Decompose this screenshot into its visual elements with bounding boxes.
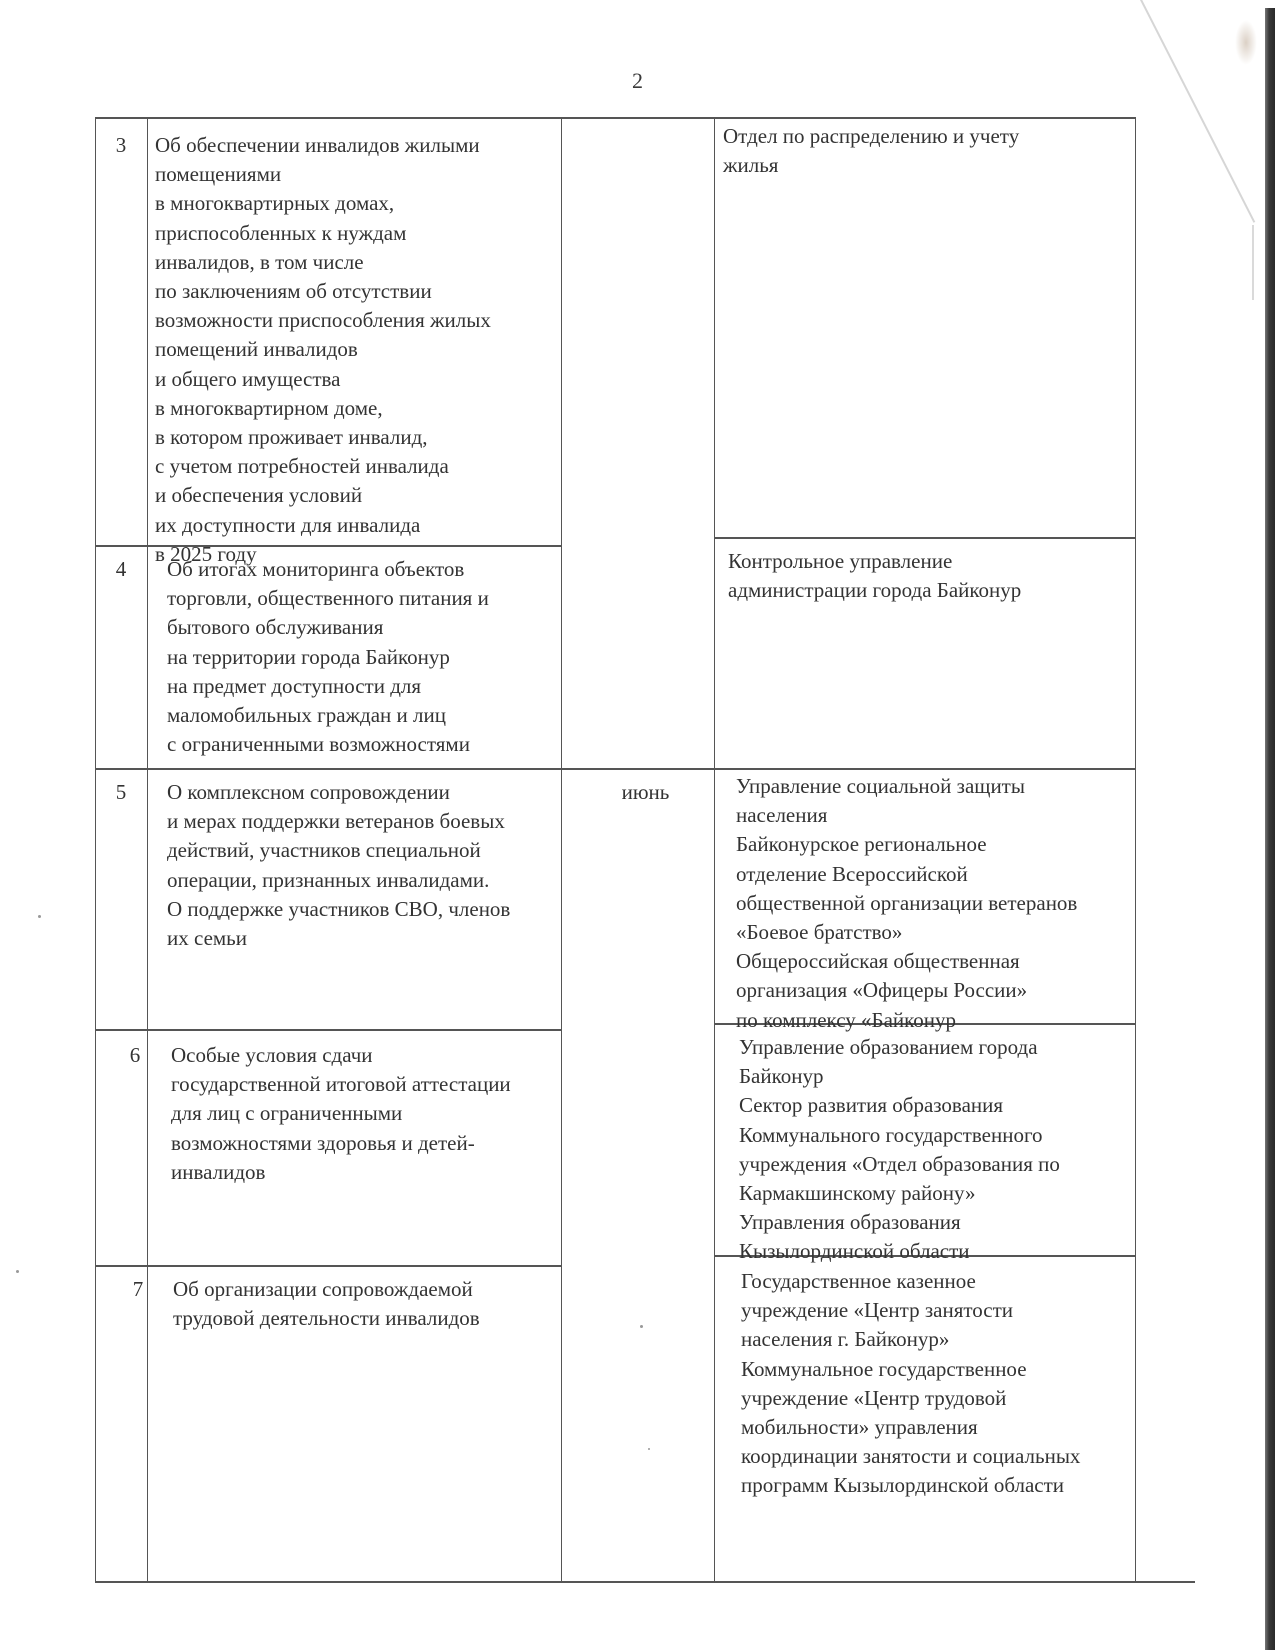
scan-speck xyxy=(38,915,41,918)
row-3-responsible: Отдел по распределению и учету жилья xyxy=(723,122,1133,180)
plan-table: 3 Об обеспечении инвалидов жилыми помеще… xyxy=(95,117,1195,1582)
row-7-number: 7 xyxy=(95,1275,181,1304)
row-6-number: 6 xyxy=(95,1041,175,1070)
row-divider-4-5 xyxy=(95,768,1136,770)
row-6-topic: Особые условия сдачи государственной ито… xyxy=(171,1041,563,1187)
column-divider-number xyxy=(147,117,148,1582)
table-border-left xyxy=(95,117,96,1582)
row-divider-5-6-left xyxy=(95,1029,561,1031)
paper-fold-crease-lower xyxy=(1252,225,1254,300)
row-4-responsible: Контрольное управление администрации гор… xyxy=(728,547,1133,605)
row-4-number: 4 xyxy=(95,555,147,584)
row-3-number: 3 xyxy=(95,131,147,160)
row-7-topic: Об организации сопровождаемой трудовой д… xyxy=(173,1275,565,1333)
deadline-rows-5-7: июнь xyxy=(569,778,722,807)
row-4-topic: Об итогах мониторинга объектов торговли,… xyxy=(167,555,557,759)
page-number: 2 xyxy=(0,68,1275,94)
row-divider-3-4-right xyxy=(714,537,1136,539)
column-divider-deadline xyxy=(714,117,715,1582)
row-5-responsible: Управление социальной защиты населения Б… xyxy=(736,772,1136,1035)
row-5-number: 5 xyxy=(95,778,147,807)
scanner-edge xyxy=(1265,8,1275,1650)
scan-stain xyxy=(1235,20,1257,65)
row-5-topic: О комплексном сопровождении и мерах подд… xyxy=(167,778,559,953)
scan-speck xyxy=(16,1270,19,1273)
row-7-responsible: Государственное казенное учреждение «Цен… xyxy=(741,1267,1141,1501)
row-divider-6-7-left xyxy=(95,1265,561,1267)
row-6-responsible: Управление образованием города Байконур … xyxy=(739,1033,1139,1267)
row-3-topic: Об обеспечении инвалидов жилыми помещени… xyxy=(155,131,555,569)
table-border-bottom xyxy=(95,1581,1195,1583)
column-divider-topic xyxy=(561,117,562,1582)
table-border-top xyxy=(95,117,1136,119)
